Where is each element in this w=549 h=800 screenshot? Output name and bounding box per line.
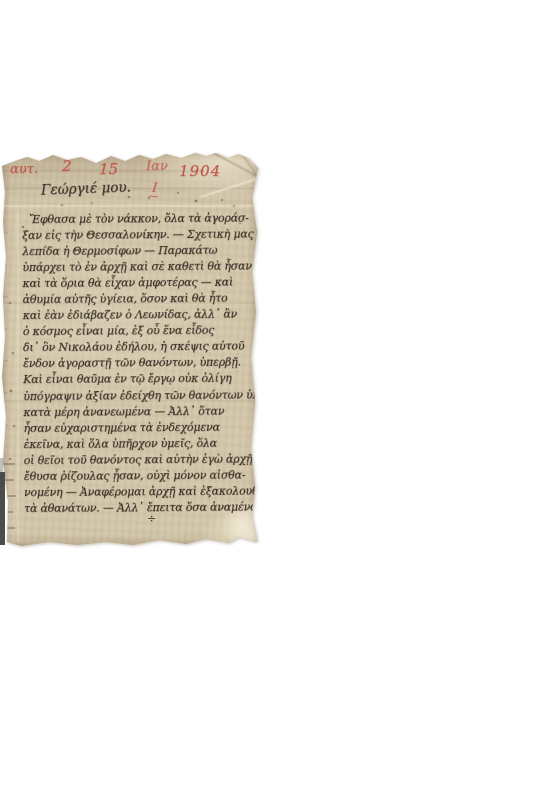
date-token: Ιαν: [146, 159, 168, 174]
handwritten-line: ὑπάρχει τὸ ἐν ἀρχῇ καὶ σὲ καθετὶ θὰ ἦσαν: [22, 258, 258, 276]
show-through-line: [1, 232, 8, 234]
handwritten-line: Ἔφθασα μὲ τὸν νάκκον, ὅλα τὰ ἀγοράσ-: [22, 210, 258, 228]
handwritten-line: καὶ ἐὰν ἐδιάβαζεν ὁ Λεωνίδας, ἀλλ᾽ ἂν: [23, 307, 259, 325]
torn-light-patch: [223, 505, 259, 545]
date-token: αυτ.: [10, 162, 38, 177]
handwritten-line: ἔθυσα ῥίζουλας ᾖσαν, οὐχὶ μόνον αἰσθα-: [24, 467, 260, 485]
date-token-year: 1904: [179, 162, 221, 180]
handwritten-line: ἀθυμία αὐτῆς ὑγίεια, ὅσον καὶ θὰ ἦτο: [23, 291, 259, 309]
show-through-line: [1, 296, 8, 298]
scanner-edge-artifact: [0, 458, 3, 472]
show-through-line: [1, 392, 7, 394]
handwritten-line: καὶ τὰ ὅρια θὰ εἶχαν ἀμφοτέρας — καὶ: [22, 275, 258, 293]
crease-line: [17, 212, 19, 542]
handwritten-line: κατὰ μέρη ἀνανεωμένα — Ἀλλ᾽ ὅταν: [23, 403, 259, 421]
handwritten-line: οἱ θεῖοι τοῦ θανόντος καὶ αὐτὴν ἐγὼ ἀρχῇ: [24, 451, 260, 469]
handwritten-line: ἦσαν εὐχαριστημένα τὰ ἐνδεχόμενα: [23, 419, 259, 437]
date-token: 2: [62, 157, 72, 175]
handwritten-line: δι᾽ ὃν Νικολάου ἐδήλου, ἡ σκέψις αὐτοῦ: [23, 339, 259, 357]
date-token: 15: [99, 160, 118, 178]
greeting: Γεώργιέ μου.: [41, 179, 131, 198]
paper-shadow-wrap: αυτ. 2 15 Ιαν 1904 Ι Γεώργιέ μου. Ἔφθασα…: [0, 0, 549, 800]
handwritten-line: ἔνδον ἀγοραστῇ τῶν θανόντων, ὑπερβῇ.: [23, 355, 259, 373]
handwritten-line: νομένη — Ἀναφέρομαι ἀρχῇ καὶ ἐξακολουθῇ: [24, 483, 260, 501]
handwritten-line: Καὶ εἶναι θαῦμα ἐν τῷ ἔργῳ οὐκ ὀλίγη: [23, 371, 259, 389]
handwritten-line: ὑπόγραψιν ἀξίαν ἐδείχθη τῶν θανόντων ὑπο…: [23, 387, 259, 405]
crease-line: [200, 176, 262, 198]
closing-mark: ÷: [147, 512, 156, 525]
letter-body: Ἔφθασα μὲ τὸν νάκκον, ὅλα τὰ ἀγοράσ- ξαν…: [22, 210, 260, 517]
crease-line: [1, 302, 259, 304]
show-through-line: [1, 264, 7, 266]
show-through-line: [3, 463, 15, 465]
crease-line: [1, 205, 259, 207]
show-through-line: [1, 424, 8, 426]
ink-specks: [1, 152, 3, 154]
handwritten-line: λεπίδα ἡ Θερμοσίφων — Παρακάτω: [22, 242, 258, 260]
red-underline-mark: Ι: [149, 182, 160, 198]
handwritten-line: ὁ κόσμος εἶναι μία, ἐξ οὗ ἕνα εἶδος: [23, 323, 259, 341]
handwritten-line: ξαν εἰς τὴν Θεσσαλονίκην. — Σχετικὴ μας: [22, 226, 258, 244]
show-through-line: [1, 360, 8, 362]
handwritten-line: τὰ ἀθανάτων. — Ἀλλ᾽ ἔπειτα ὅσα ἀναμένω.: [24, 499, 260, 517]
scanner-edge-artifact: [0, 472, 5, 545]
show-through-line: [1, 328, 7, 330]
handwritten-line: ἐκεῖνα, καὶ ὅλα ὑπῆρχον ὑμεῖς, ὅλα: [24, 435, 260, 453]
letter-page: αυτ. 2 15 Ιαν 1904 Ι Γεώργιέ μου. Ἔφθασα…: [1, 152, 259, 547]
crease-line: [1, 170, 201, 172]
crease-line: [1, 400, 259, 402]
crease-line: [236, 146, 266, 188]
crease-line: [195, 143, 262, 180]
scanned-letter-canvas: αυτ. 2 15 Ιαν 1904 Ι Γεώργιέ μου. Ἔφθασα…: [0, 0, 549, 800]
crease-line: [1, 187, 259, 190]
